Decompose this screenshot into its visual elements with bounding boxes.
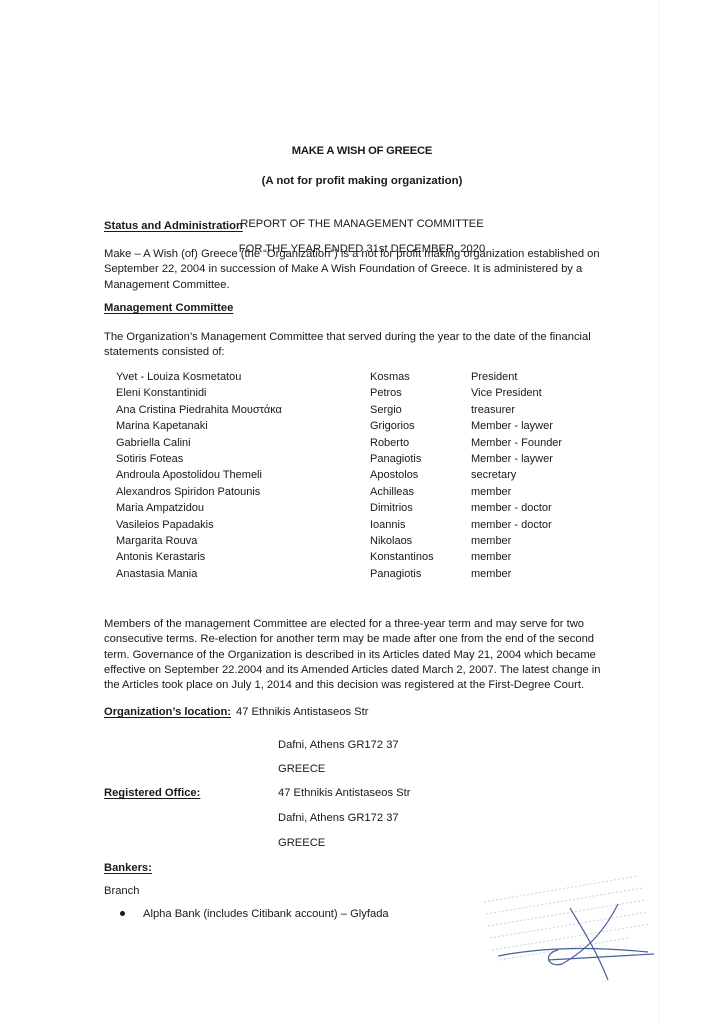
location-line: Dafni, Athens GR172 37	[278, 739, 399, 751]
member-given-name: Ioannis	[370, 517, 405, 533]
location-label: Organization’s location:	[104, 706, 231, 718]
registered-office-line: Dafni, Athens GR172 37	[278, 812, 399, 824]
member-role: President	[471, 369, 517, 385]
member-full-name: Maria Ampatzidou	[116, 500, 204, 516]
status-paragraph: Make – A Wish (of) Greece (the “Organiza…	[104, 247, 634, 293]
registered-office-line: 47 Ethnikis Antistaseos Str	[278, 787, 410, 799]
member-full-name: Antonis Kerastaris	[116, 549, 205, 565]
location-line: GREECE	[278, 763, 325, 775]
member-given-name: Sergio	[370, 402, 402, 418]
member-full-name: Yvet - Louiza Kosmetatou	[116, 369, 241, 385]
stamp-icon	[478, 868, 668, 988]
member-full-name: Marina Kapetanaki	[116, 418, 208, 434]
member-full-name: Eleni Konstantinidi	[116, 385, 207, 401]
member-given-name: Nikolaos	[370, 533, 412, 549]
member-role: member	[471, 549, 511, 565]
member-role: Member - Founder	[471, 435, 562, 451]
committee-heading: Management Committee	[104, 302, 233, 314]
member-full-name: Ana Cristina Piedrahita Μουστάκα	[116, 402, 282, 418]
bullet-icon	[120, 911, 125, 916]
member-role: secretary	[471, 467, 516, 483]
registered-office-label: Registered Office:	[104, 787, 200, 799]
organization-subtitle: (A not for profit making organization)	[0, 175, 724, 187]
location-line: 47 Ethnikis Antistaseos Str	[236, 706, 368, 718]
committee-intro-line: statements consisted of:	[104, 345, 634, 360]
member-given-name: Roberto	[370, 435, 409, 451]
branch-label: Branch	[104, 885, 139, 897]
official-stamp-signature	[478, 868, 668, 988]
member-given-name: Achilleas	[370, 484, 414, 500]
committee-intro: The Organization’s Management Committee …	[104, 330, 634, 361]
member-given-name: Grigorios	[370, 418, 415, 434]
member-given-name: Apostolos	[370, 467, 418, 483]
member-role: member	[471, 484, 511, 500]
member-given-name: Petros	[370, 385, 402, 401]
member-role: Member - laywer	[471, 451, 553, 467]
member-given-name: Panagiotis	[370, 451, 421, 467]
bank-list-item: Alpha Bank (includes Citibank account) –…	[120, 908, 389, 920]
member-full-name: Androula Apostolidou Themeli	[116, 467, 262, 483]
bank-name: Alpha Bank (includes Citibank account) –…	[143, 908, 389, 920]
member-given-name: Dimitrios	[370, 500, 413, 516]
member-full-name: Alexandros Spiridon Patounis	[116, 484, 260, 500]
member-full-name: Sotiris Foteas	[116, 451, 183, 467]
member-given-name: Konstantinos	[370, 549, 434, 565]
bankers-heading: Bankers:	[104, 862, 152, 874]
committee-intro-line: The Organization’s Management Committee …	[104, 330, 634, 345]
terms-paragraph: Members of the management Committee are …	[104, 617, 634, 693]
status-line: Management Committee.	[104, 278, 634, 293]
member-full-name: Vasileios Papadakis	[116, 517, 214, 533]
member-role: member - doctor	[471, 517, 552, 533]
member-role: Member - laywer	[471, 418, 553, 434]
terms-line: consecutive terms. Re-election for anoth…	[104, 632, 634, 647]
terms-line: the Articles took place on July 1, 2014 …	[104, 678, 634, 693]
terms-line: Members of the management Committee are …	[104, 617, 634, 632]
member-role: member - doctor	[471, 500, 552, 516]
status-line: September 22, 2004 in succession of Make…	[104, 262, 634, 277]
organization-title: MAKE A WISH OF GREECE	[0, 145, 724, 157]
member-full-name: Margarita Rouva	[116, 533, 197, 549]
terms-line: effective on September 22.2004 and its A…	[104, 663, 634, 678]
member-full-name: Anastasia Mania	[116, 566, 197, 582]
member-role: Vice President	[471, 385, 542, 401]
member-given-name: Panagiotis	[370, 566, 421, 582]
status-heading: Status and Administration	[104, 220, 243, 232]
member-role: member	[471, 533, 511, 549]
member-role: member	[471, 566, 511, 582]
member-role: treasurer	[471, 402, 515, 418]
status-line: Make – A Wish (of) Greece (the “Organiza…	[104, 247, 634, 262]
member-full-name: Gabriella Calini	[116, 435, 191, 451]
member-given-name: Kosmas	[370, 369, 410, 385]
terms-line: term. Governance of the Organization is …	[104, 648, 634, 663]
registered-office-line: GREECE	[278, 837, 325, 849]
